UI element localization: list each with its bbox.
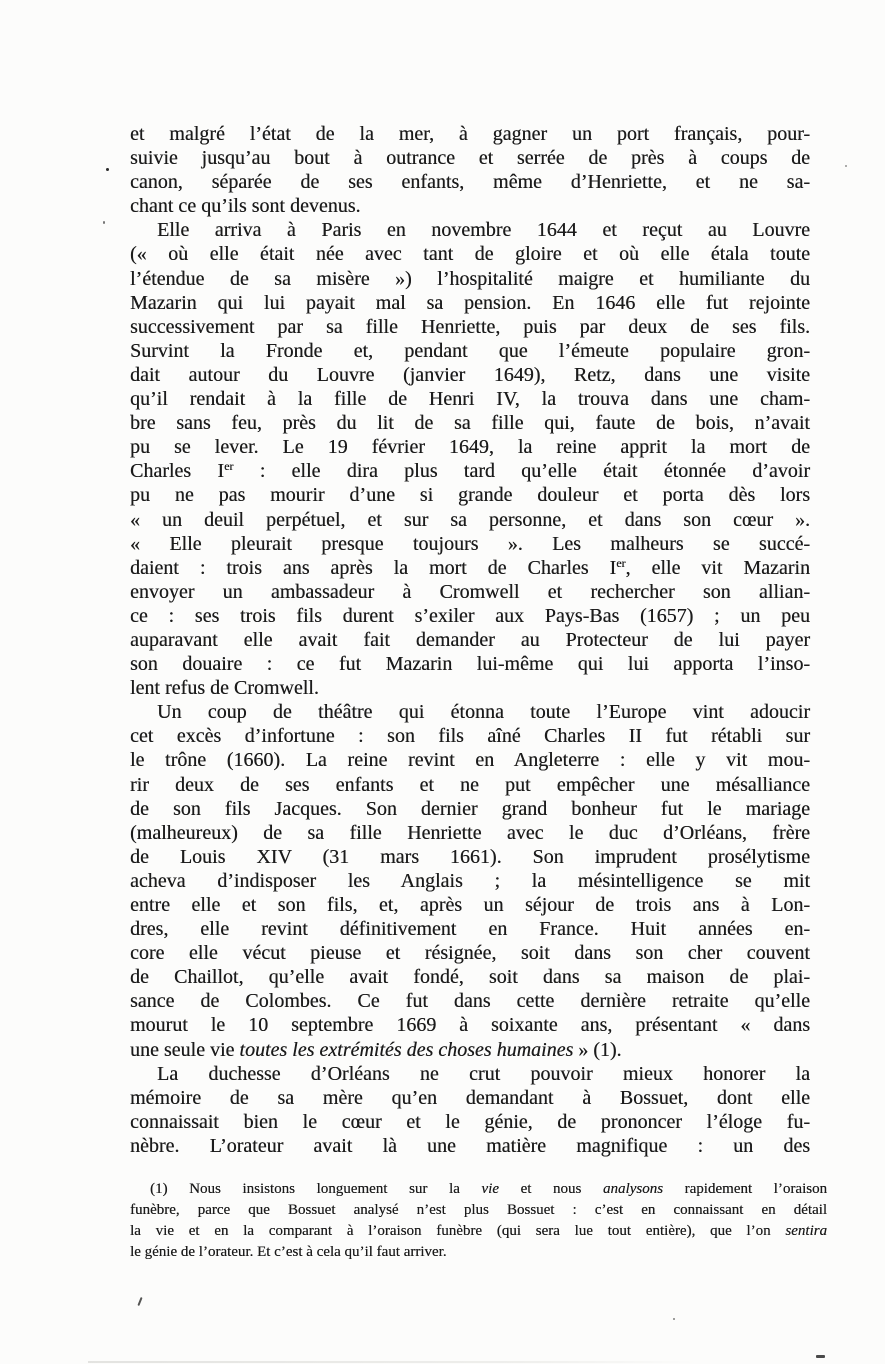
text-segment: canon, séparée de ses enfants, même d’He…	[130, 171, 810, 193]
text-segment: Elle arriva à Paris en novembre 1644 et …	[157, 219, 810, 241]
scan-speck	[673, 1318, 675, 1320]
text-segment: envoyer un ambassadeur à Cromwell et rec…	[130, 581, 810, 603]
text-line: et malgré l’état de la mer, à gagner un …	[130, 122, 810, 146]
text-line: une seule vie toutes les extrémités des …	[130, 1038, 810, 1062]
text-segment: une seule vie	[130, 1039, 239, 1061]
text-line: dait autour du Louvre (janvier 1649), Re…	[130, 363, 810, 387]
text-segment: son douaire : ce fut Mazarin lui-même qu…	[130, 653, 810, 675]
text-line: l’étendue de sa misère ») l’hospitalité …	[130, 267, 810, 291]
text-segment: bre sans feu, près du lit de sa fille qu…	[130, 412, 810, 434]
text-segment: auparavant elle avait fait demander au P…	[130, 629, 810, 651]
text-segment: ce : ses trois fils durent s’exiler aux …	[130, 605, 810, 627]
text-line: canon, séparée de ses enfants, même d’He…	[130, 170, 810, 194]
text-line: son douaire : ce fut Mazarin lui-même qu…	[130, 652, 810, 676]
text-line: la vie et en la comparant à l’oraison fu…	[130, 1221, 827, 1242]
text-line: (malheureux) de sa fille Henriette avec …	[130, 821, 810, 845]
paragraph-4: La duchesse d’Orléans ne crut pouvoir mi…	[130, 1062, 810, 1158]
text-segment: Mazarin qui lui payait mal sa pension. E…	[130, 292, 810, 314]
text-line: Charles Ier : elle dira plus tard qu’ell…	[130, 459, 810, 483]
text-segment: de Louis XIV (31 mars 1661). Son imprude…	[130, 846, 810, 868]
italic-text: vie	[481, 1181, 498, 1197]
text-line: bre sans feu, près du lit de sa fille qu…	[130, 411, 810, 435]
scan-speck	[816, 1355, 825, 1358]
superscript-text: er	[224, 459, 233, 473]
text-line: de Louis XIV (31 mars 1661). Son imprude…	[130, 845, 810, 869]
text-segment: la vie et en la comparant à l’oraison fu…	[130, 1223, 785, 1239]
text-line: entre elle et son fils, et, après un séj…	[130, 893, 810, 917]
text-segment: daient : trois ans après la mort de Char…	[130, 557, 616, 579]
scan-speck	[106, 168, 109, 171]
text-line: rir deux de ses enfants et ne put empêch…	[130, 773, 810, 797]
text-segment: funèbre, parce que Bossuet analysé n’est…	[130, 1202, 827, 1218]
text-line: chant ce qu’ils sont devenus.	[130, 194, 810, 218]
text-segment: core elle vécut pieuse et résignée, soit…	[130, 942, 810, 964]
text-line: Survint la Fronde et, pendant que l’émeu…	[130, 339, 810, 363]
text-segment: le génie de l’orateur. Et c’est à cela q…	[130, 1244, 447, 1260]
text-segment: successivement par sa fille Henriette, p…	[130, 316, 810, 338]
text-line: (1) Nous insistons longuement sur la vie…	[130, 1179, 827, 1200]
text-segment: « Elle pleurait presque toujours ». Les …	[130, 533, 810, 555]
paragraph-3: Un coup de théâtre qui étonna toute l’Eu…	[130, 700, 810, 1061]
text-line: (« où elle était née avec tant de gloire…	[130, 242, 810, 266]
italic-text: analysons	[603, 1181, 663, 1197]
italic-text: sentira	[785, 1223, 827, 1239]
paragraph-2: Elle arriva à Paris en novembre 1644 et …	[130, 218, 810, 700]
text-segment: nèbre. L’orateur avait là une matière ma…	[130, 1135, 810, 1157]
text-segment: : elle dira plus tard qu’elle était éton…	[233, 460, 810, 482]
text-line: le trône (1660). La reine revint en Angl…	[130, 748, 810, 772]
text-line: de son fils Jacques. Son dernier grand b…	[130, 797, 810, 821]
text-line: pu se lever. Le 19 février 1649, la rein…	[130, 435, 810, 459]
text-line: qu’il rendait à la fille de Henri IV, la…	[130, 387, 810, 411]
text-line: nèbre. L’orateur avait là une matière ma…	[130, 1134, 810, 1158]
text-line: ce : ses trois fils durent s’exiler aux …	[130, 604, 810, 628]
text-segment: sance de Colombes. Ce fut dans cette der…	[130, 990, 810, 1012]
text-segment: pu se lever. Le 19 février 1649, la rein…	[130, 436, 810, 458]
text-segment: cet excès d’infortune : son fils aîné Ch…	[130, 725, 810, 747]
book-page: et malgré l’état de la mer, à gagner un …	[0, 0, 885, 1364]
text-segment: Survint la Fronde et, pendant que l’émeu…	[130, 340, 810, 362]
text-line: Elle arriva à Paris en novembre 1644 et …	[130, 218, 810, 242]
text-line: mourut le 10 septembre 1669 à soixante a…	[130, 1013, 810, 1037]
text-segment: La duchesse d’Orléans ne crut pouvoir mi…	[157, 1063, 810, 1085]
text-segment: de Chaillot, qu’elle avait fondé, soit d…	[130, 966, 810, 988]
text-line: successivement par sa fille Henriette, p…	[130, 315, 810, 339]
text-segment: « un deuil perpétuel, et sur sa personne…	[130, 509, 810, 531]
text-segment: de son fils Jacques. Son dernier grand b…	[130, 798, 810, 820]
text-segment: acheva d’indisposer les Anglais ; la més…	[130, 870, 810, 892]
text-segment: qu’il rendait à la fille de Henri IV, la…	[130, 388, 810, 410]
text-line: Un coup de théâtre qui étonna toute l’Eu…	[130, 700, 810, 724]
text-line: Mazarin qui lui payait mal sa pension. E…	[130, 291, 810, 315]
text-segment: Un coup de théâtre qui étonna toute l’Eu…	[157, 701, 810, 723]
text-line: « un deuil perpétuel, et sur sa personne…	[130, 508, 810, 532]
text-segment: (1) Nous insistons longuement sur la	[150, 1181, 481, 1197]
text-segment: (malheureux) de sa fille Henriette avec …	[130, 822, 810, 844]
text-line: dres, elle revint définitivement en Fran…	[130, 917, 810, 941]
text-segment: » (1).	[573, 1039, 621, 1061]
text-segment: et nous	[499, 1181, 603, 1197]
text-line: suivie jusqu’au bout à outrance et serré…	[130, 146, 810, 170]
page-bottom-edge	[88, 1361, 698, 1363]
footnote: (1) Nous insistons longuement sur la vie…	[130, 1179, 827, 1263]
text-segment: et malgré l’état de la mer, à gagner un …	[130, 123, 810, 145]
text-segment: le trône (1660). La reine revint en Angl…	[130, 749, 810, 771]
text-line: envoyer un ambassadeur à Cromwell et rec…	[130, 580, 810, 604]
paragraph-1: et malgré l’état de la mer, à gagner un …	[130, 122, 810, 218]
text-line: le génie de l’orateur. Et c’est à cela q…	[130, 1242, 827, 1263]
text-segment: suivie jusqu’au bout à outrance et serré…	[130, 147, 810, 169]
text-segment: dait autour du Louvre (janvier 1649), Re…	[130, 364, 810, 386]
text-line: acheva d’indisposer les Anglais ; la més…	[130, 869, 810, 893]
text-line: auparavant elle avait fait demander au P…	[130, 628, 810, 652]
text-line: connaissait bien le cœur et le génie, de…	[130, 1110, 810, 1134]
text-segment: chant ce qu’ils sont devenus.	[130, 195, 361, 217]
text-line: pu ne pas mourir d’une si grande douleur…	[130, 483, 810, 507]
text-line: sance de Colombes. Ce fut dans cette der…	[130, 989, 810, 1013]
superscript-text: er	[616, 556, 625, 570]
text-line: mémoire de sa mère qu’en demandant à Bos…	[130, 1086, 810, 1110]
text-line: de Chaillot, qu’elle avait fondé, soit d…	[130, 965, 810, 989]
text-segment: (« où elle était née avec tant de gloire…	[130, 243, 810, 265]
italic-text: toutes les extrémités des choses humaine…	[239, 1039, 573, 1061]
text-segment: , elle vit Mazarin	[626, 557, 810, 579]
text-segment: lent refus de Cromwell.	[130, 677, 319, 699]
scan-speck	[103, 221, 105, 224]
text-segment: entre elle et son fils, et, après un séj…	[130, 894, 810, 916]
text-segment: l’étendue de sa misère ») l’hospitalité …	[130, 268, 810, 290]
main-text: et malgré l’état de la mer, à gagner un …	[130, 122, 810, 1158]
text-segment: mémoire de sa mère qu’en demandant à Bos…	[130, 1087, 810, 1109]
text-segment: mourut le 10 septembre 1669 à soixante a…	[130, 1014, 810, 1036]
text-line: funèbre, parce que Bossuet analysé n’est…	[130, 1200, 827, 1221]
text-line: cet excès d’infortune : son fils aîné Ch…	[130, 724, 810, 748]
scan-speck	[137, 1297, 142, 1306]
scan-speck	[845, 165, 847, 167]
text-line: daient : trois ans après la mort de Char…	[130, 556, 810, 580]
text-segment: dres, elle revint définitivement en Fran…	[130, 918, 810, 940]
text-segment: rapidement l’oraison	[663, 1181, 827, 1197]
text-segment: connaissait bien le cœur et le génie, de…	[130, 1111, 810, 1133]
text-line: lent refus de Cromwell.	[130, 676, 810, 700]
text-line: « Elle pleurait presque toujours ». Les …	[130, 532, 810, 556]
text-segment: pu ne pas mourir d’une si grande douleur…	[130, 484, 810, 506]
text-segment: Charles I	[130, 460, 224, 482]
text-segment: rir deux de ses enfants et ne put empêch…	[130, 774, 810, 796]
text-line: core elle vécut pieuse et résignée, soit…	[130, 941, 810, 965]
text-line: La duchesse d’Orléans ne crut pouvoir mi…	[130, 1062, 810, 1086]
